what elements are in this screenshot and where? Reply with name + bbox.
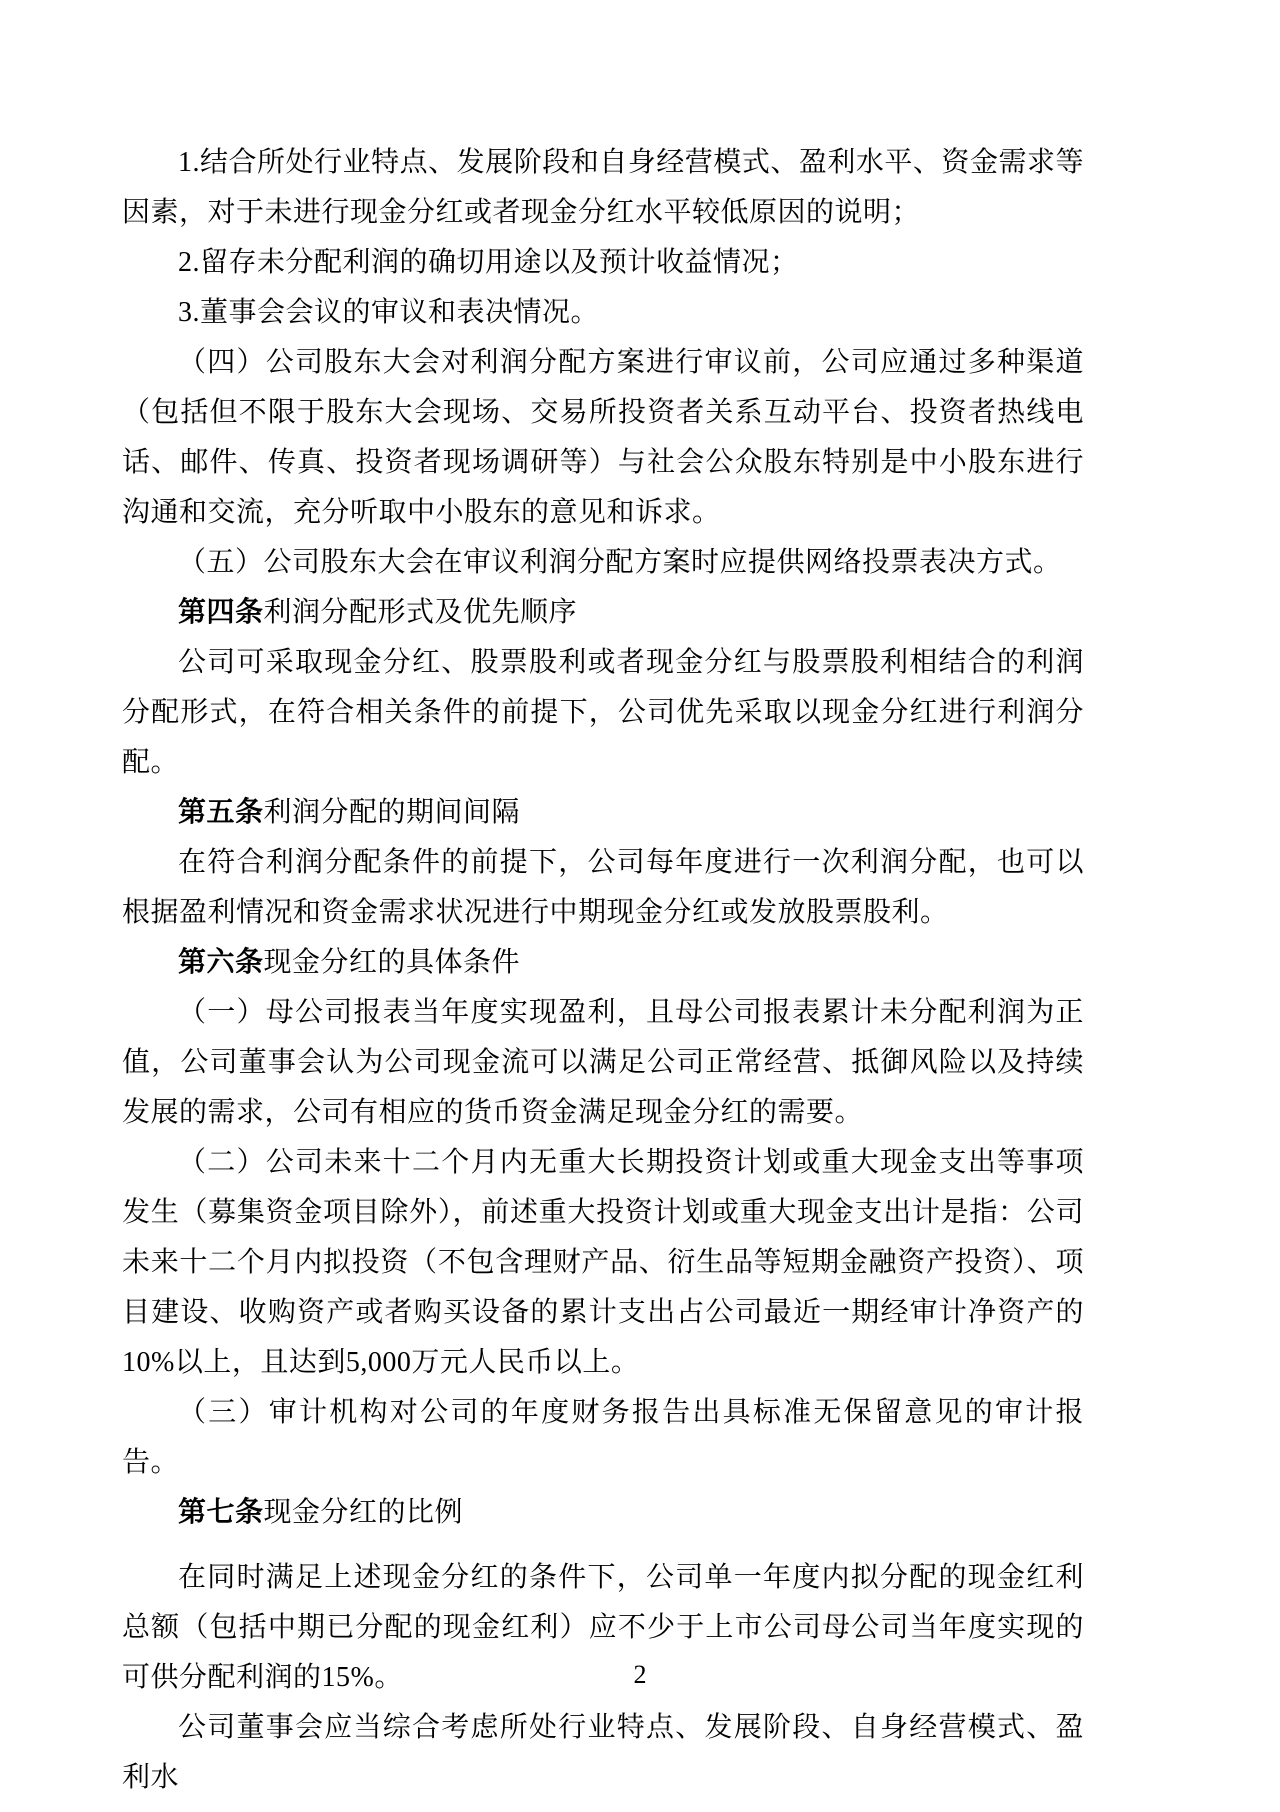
article-title: 利润分配形式及优先顺序 <box>264 597 578 628</box>
paragraph: 2.留存未分配利润的确切用途以及预计收益情况； <box>122 238 1084 288</box>
page-number: 2 <box>0 1660 1280 1690</box>
article-number: 第四条 <box>178 597 264 628</box>
paragraph: （二）公司未来十二个月内无重大长期投资计划或重大现金支出等事项发生（募集资金项目… <box>122 1138 1084 1388</box>
paragraph: 在符合利润分配条件的前提下，公司每年度进行一次利润分配，也可以根据盈利情况和资金… <box>122 838 1084 938</box>
article-heading: 第六条现金分红的具体条件 <box>122 938 1084 988</box>
article-heading: 第七条现金分红的比例 <box>122 1488 1084 1538</box>
paragraph: 3.董事会会议的审议和表决情况。 <box>122 288 1084 338</box>
article-title: 利润分配的期间间隔 <box>264 797 521 828</box>
article-number: 第七条 <box>178 1497 264 1528</box>
article-heading: 第五条利润分配的期间间隔 <box>122 788 1084 838</box>
paragraph: 1.结合所处行业特点、发展阶段和自身经营模式、盈利水平、资金需求等因素，对于未进… <box>122 138 1084 238</box>
document-body: 1.结合所处行业特点、发展阶段和自身经营模式、盈利水平、资金需求等因素，对于未进… <box>122 138 1084 1803</box>
article-title: 现金分红的具体条件 <box>264 947 521 978</box>
paragraph: 公司董事会应当综合考虑所处行业特点、发展阶段、自身经营模式、盈利水 <box>122 1703 1084 1803</box>
paragraph: （四）公司股东大会对利润分配方案进行审议前，公司应通过多种渠道（包括但不限于股东… <box>122 338 1084 538</box>
paragraph: （三）审计机构对公司的年度财务报告出具标准无保留意见的审计报告。 <box>122 1388 1084 1488</box>
document-page: 1.结合所处行业特点、发展阶段和自身经营模式、盈利水平、资金需求等因素，对于未进… <box>0 0 1280 1812</box>
article-title: 现金分红的比例 <box>264 1497 464 1528</box>
article-number: 第六条 <box>178 947 264 978</box>
article-heading: 第四条利润分配形式及优先顺序 <box>122 588 1084 638</box>
paragraph: 公司可采取现金分红、股票股利或者现金分红与股票股利相结合的利润分配形式，在符合相… <box>122 638 1084 788</box>
article-number: 第五条 <box>178 797 264 828</box>
paragraph: （五）公司股东大会在审议利润分配方案时应提供网络投票表决方式。 <box>122 538 1084 588</box>
paragraph: （一）母公司报表当年度实现盈利，且母公司报表累计未分配利润为正值，公司董事会认为… <box>122 988 1084 1138</box>
